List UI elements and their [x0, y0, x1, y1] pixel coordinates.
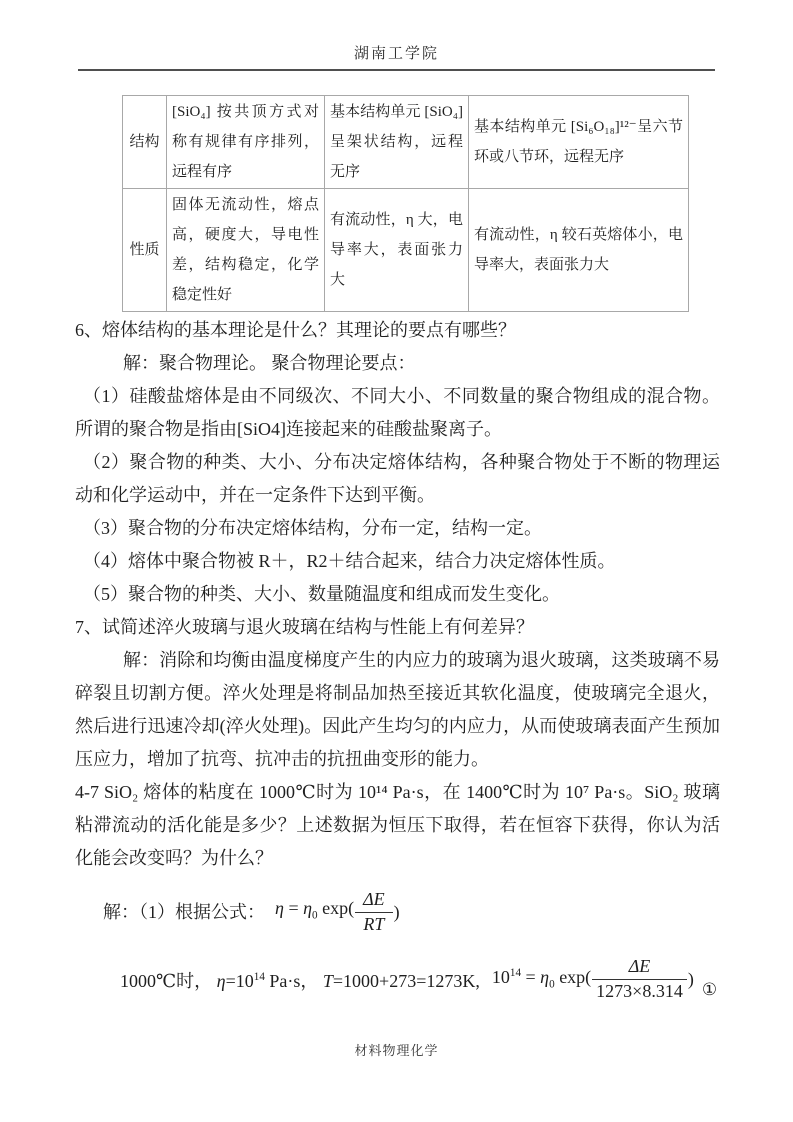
- question-6-point-2: （2）聚合物的种类、大小、分布决定熔体结构，各种聚合物处于不断的物理运动和化学运…: [75, 446, 720, 512]
- equation-1-formula: 1014 = η0 exp(ΔE1273×8.314): [492, 956, 694, 1002]
- question-7-heading: 7、试简述淬火玻璃与退火玻璃在结构与性能上有何差异？: [75, 611, 720, 644]
- table-cell-glass-properties: 有流动性，η 大，电导率大，表面张力大: [325, 189, 469, 312]
- table-cell-melt-properties: 有流动性，η 较石英熔体小，电导率大，表面张力大: [469, 189, 689, 312]
- formula2-fraction: ΔE1273×8.314: [592, 956, 687, 1002]
- question-4-7-heading: 4-7 SiO₂ 熔体的粘度在 1000℃时为 10¹⁴ Pa·s，在 1400…: [75, 776, 720, 875]
- equation-number-badge: ①: [702, 973, 717, 1006]
- formula1-fraction: ΔERT: [355, 889, 393, 935]
- table-row-properties: 性质 固体无流动性，熔点高，硬度大，导电性差，结构稳定，化学稳定性好 有流动性，…: [123, 189, 689, 312]
- document-body: 6、熔体结构的基本理论是什么？其理论的要点有哪些？ 解：聚合物理论。 聚合物理论…: [75, 314, 720, 1010]
- question-6-point-1: （1）硅酸盐熔体是由不同级次、不同大小、不同数量的聚合物组成的混合物。所谓的聚合…: [75, 380, 720, 446]
- formula1-close-paren: ): [394, 896, 400, 929]
- table-cell-quartz-structure: [SiO₄] 按共顶方式对称有规律有序排列，远程有序: [167, 96, 325, 189]
- solution-label: 解：（1）根据公式：: [103, 896, 265, 929]
- question-6-point-3: （3）聚合物的分布决定熔体结构，分布一定，结构一定。: [75, 512, 720, 545]
- table-cell-quartz-properties: 固体无流动性，熔点高，硬度大，导电性差，结构稳定，化学稳定性好: [167, 189, 325, 312]
- melt-comparison-table: 结构 [SiO₄] 按共顶方式对称有规律有序排列，远程有序 基本结构单元 [Si…: [122, 95, 689, 312]
- question-7-answer: 解：消除和均衡由温度梯度产生的内应力的玻璃为退火玻璃，这类玻璃不易碎裂且切割方便…: [75, 644, 720, 776]
- viscosity-arrhenius-formula: η = η0 exp(ΔERT): [275, 889, 400, 935]
- question-4-7-solution-intro: 解：（1）根据公式： η = η0 exp(ΔERT): [75, 885, 720, 939]
- table-row-structure: 结构 [SiO₄] 按共顶方式对称有规律有序排列，远程有序 基本结构单元 [Si…: [123, 96, 689, 189]
- temperature-condition-text: 1000℃时， η=1014 Pa·s， T=1000+273=1273K,: [120, 961, 480, 998]
- formula1-left-side: η = η0 exp(: [275, 892, 354, 933]
- row-label-properties: 性质: [123, 189, 167, 312]
- formula2-close-paren: ): [688, 963, 694, 996]
- calculation-line-1000c: 1000℃时， η=1014 Pa·s， T=1000+273=1273K, 1…: [75, 948, 720, 1010]
- formula2-left-side: 1014 = η0 exp(: [492, 957, 591, 1002]
- row-label-structure: 结构: [123, 96, 167, 189]
- footer-course-title: 材料物理化学: [354, 1043, 438, 1058]
- header-school-name: 湖南工学院: [354, 46, 439, 62]
- table-cell-glass-structure: 基本结构单元 [SiO₄] 呈架状结构，远程无序: [325, 96, 469, 189]
- page-footer: 材料物理化学: [0, 1040, 793, 1059]
- question-6-heading: 6、熔体结构的基本理论是什么？其理论的要点有哪些？: [75, 314, 720, 347]
- table-cell-melt-structure: 基本结构单元 [Si₆O₁₈]¹²⁻呈六节环或八节环，远程无序: [469, 96, 689, 189]
- question-6-point-5: （5）聚合物的种类、大小、数量随温度和组成而发生变化。: [75, 578, 720, 611]
- document-page: 湖南工学院 结构 [SiO₄] 按共顶方式对称有规律有序排列，远程有序 基本结构…: [0, 0, 793, 1122]
- question-6-answer-intro: 解：聚合物理论。 聚合物理论要点：: [75, 347, 720, 380]
- page-header: 湖南工学院: [78, 46, 715, 71]
- question-6-point-4: （4）熔体中聚合物被 R＋，R2＋结合起来，结合力决定熔体性质。: [75, 545, 720, 578]
